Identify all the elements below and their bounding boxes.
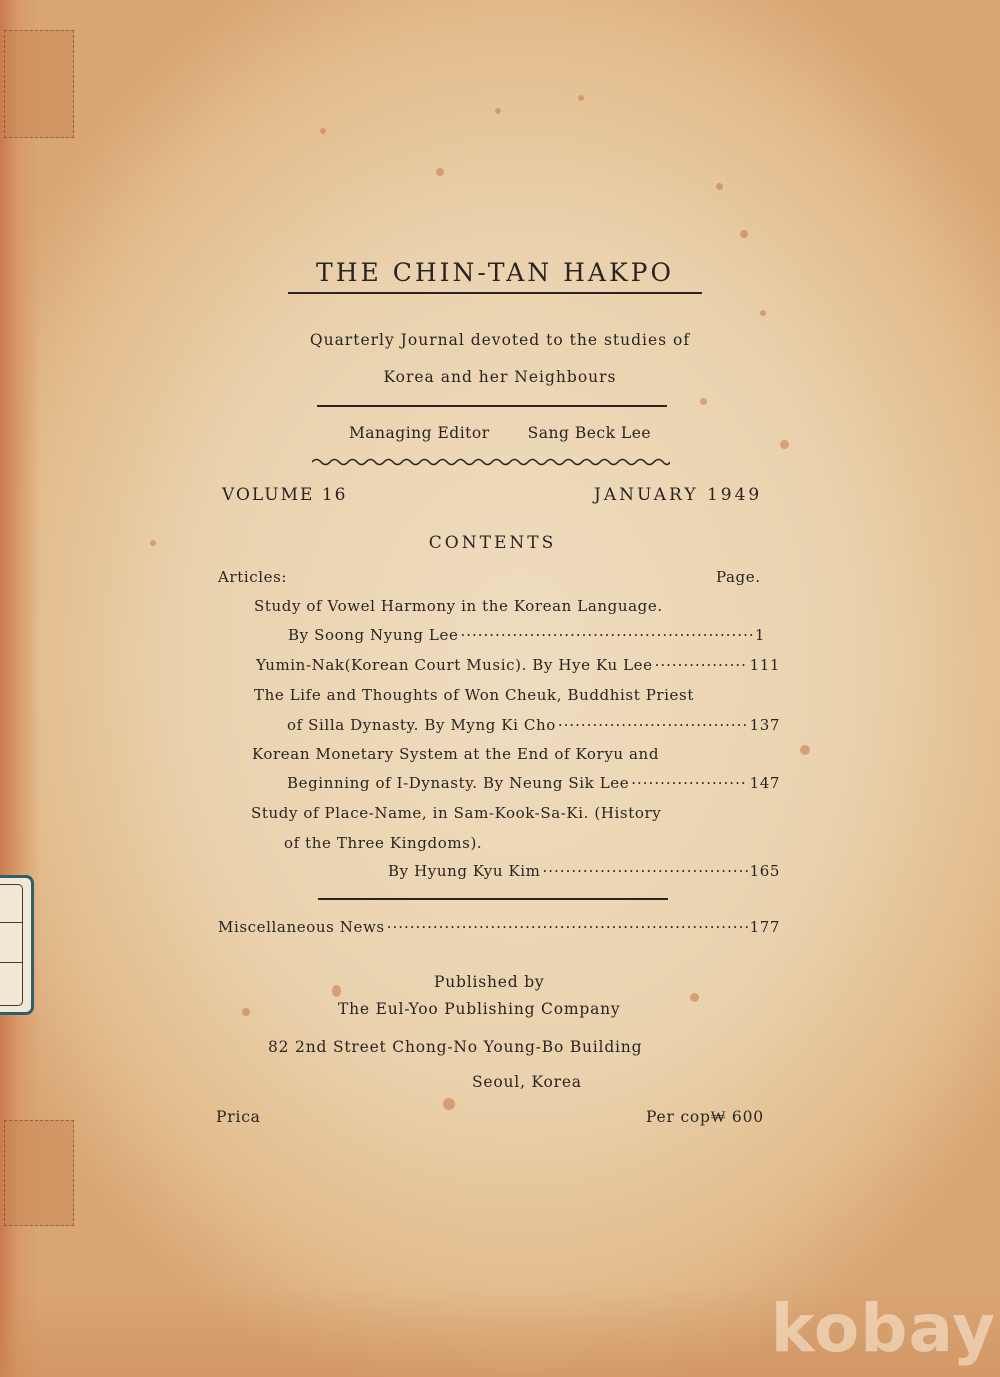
library-label-sticker <box>0 875 34 1015</box>
subtitle-rule <box>317 405 667 407</box>
foxing-spot <box>760 310 766 316</box>
publisher-city: Seoul, Korea <box>472 1073 582 1091</box>
toc-entry[interactable]: By Hyung Kyu Kim 165 <box>388 862 780 880</box>
foxing-spot <box>800 745 810 755</box>
toc-byline: By Hyung Kyu Kim <box>388 862 541 880</box>
toc-misc-label: Miscellaneous News <box>218 918 385 936</box>
issue-date: JANUARY 1949 <box>594 485 762 505</box>
journal-title: THE CHIN-TAN HAKPO <box>288 258 702 287</box>
publisher-name: The Eul-Yoo Publishing Company <box>338 1000 620 1018</box>
wavy-divider <box>312 457 670 467</box>
label-divider <box>0 922 23 923</box>
title-underline <box>288 292 702 294</box>
toc-page-number: 1 <box>755 626 765 644</box>
foxing-spot <box>578 95 584 101</box>
toc-page-number: 137 <box>750 716 780 734</box>
toc-article-title: Study of Place-Name, in Sam-Kook-Sa-Ki. … <box>251 804 661 822</box>
toc-byline: of Silla Dynasty. By Myng Ki Cho <box>287 716 556 734</box>
label-divider <box>0 962 23 963</box>
toc-page-number: 111 <box>750 656 780 674</box>
dot-leader <box>655 656 748 674</box>
contents-heading: CONTENTS <box>0 533 985 553</box>
label-frame <box>0 884 23 1006</box>
toc-entry[interactable]: Yumin-Nak(Korean Court Music). By Hye Ku… <box>256 656 780 674</box>
dot-leader <box>631 774 747 792</box>
dot-leader <box>460 626 752 644</box>
journal-subtitle-line2: Korea and her Neighbours <box>0 368 1000 386</box>
toc-article-title: The Life and Thoughts of Won Cheuk, Budd… <box>254 686 694 704</box>
toc-byline: By Soong Nyung Lee <box>288 626 458 644</box>
toc-page-number: 177 <box>750 918 780 936</box>
toc-entry[interactable]: of Silla Dynasty. By Myng Ki Cho 137 <box>287 716 780 734</box>
editor-name: Sang Beck Lee <box>528 424 651 442</box>
dot-leader <box>543 862 748 880</box>
foxing-spot <box>690 993 699 1002</box>
editor-label: Managing Editor <box>349 424 490 442</box>
tape-patch-top <box>4 30 74 138</box>
foxing-spot <box>740 230 748 238</box>
publisher-address: 82 2nd Street Chong-No Young-Bo Building <box>268 1038 642 1056</box>
managing-editor: Managing EditorSang Beck Lee <box>0 424 1000 442</box>
foxing-spot <box>332 985 341 997</box>
toc-byline: Beginning of I-Dynasty. By Neung Sik Lee <box>287 774 629 792</box>
toc-article-title: Yumin-Nak(Korean Court Music). By Hye Ku… <box>256 656 653 674</box>
cover-page: THE CHIN-TAN HAKPO Quarterly Journal dev… <box>0 0 1000 1377</box>
foxing-spot <box>716 183 723 190</box>
toc-page-number: 147 <box>750 774 780 792</box>
volume-number: VOLUME 16 <box>222 485 347 505</box>
price-value: Per cop₩ 600 <box>646 1108 764 1127</box>
toc-article-title: Study of Vowel Harmony in the Korean Lan… <box>254 597 663 615</box>
toc-entry-misc[interactable]: Miscellaneous News 177 <box>218 918 780 936</box>
page-column-label: Page. <box>716 568 761 586</box>
foxing-spot <box>436 168 444 176</box>
foxing-spot <box>495 108 501 114</box>
contents-divider <box>318 898 668 900</box>
foxing-spot <box>443 1098 455 1110</box>
toc-article-title-continued: of the Three Kingdoms). <box>284 834 482 852</box>
dot-leader <box>387 918 748 936</box>
toc-page-number: 165 <box>750 862 780 880</box>
articles-section-label: Articles: <box>218 568 287 586</box>
foxing-spot <box>242 1008 250 1016</box>
journal-subtitle-line1: Quarterly Journal devoted to the studies… <box>0 331 1000 349</box>
foxing-spot <box>320 128 326 134</box>
price-label: Prica <box>216 1108 261 1126</box>
watermark-logo: kobay <box>771 1290 996 1367</box>
tape-patch-bottom <box>4 1120 74 1226</box>
toc-entry[interactable]: By Soong Nyung Lee 1 <box>288 626 765 644</box>
foxing-spot <box>700 398 707 405</box>
toc-article-title: Korean Monetary System at the End of Kor… <box>252 745 659 763</box>
toc-entry[interactable]: Beginning of I-Dynasty. By Neung Sik Lee… <box>287 774 780 792</box>
published-by-label: Published by <box>434 973 545 991</box>
dot-leader <box>558 716 748 734</box>
